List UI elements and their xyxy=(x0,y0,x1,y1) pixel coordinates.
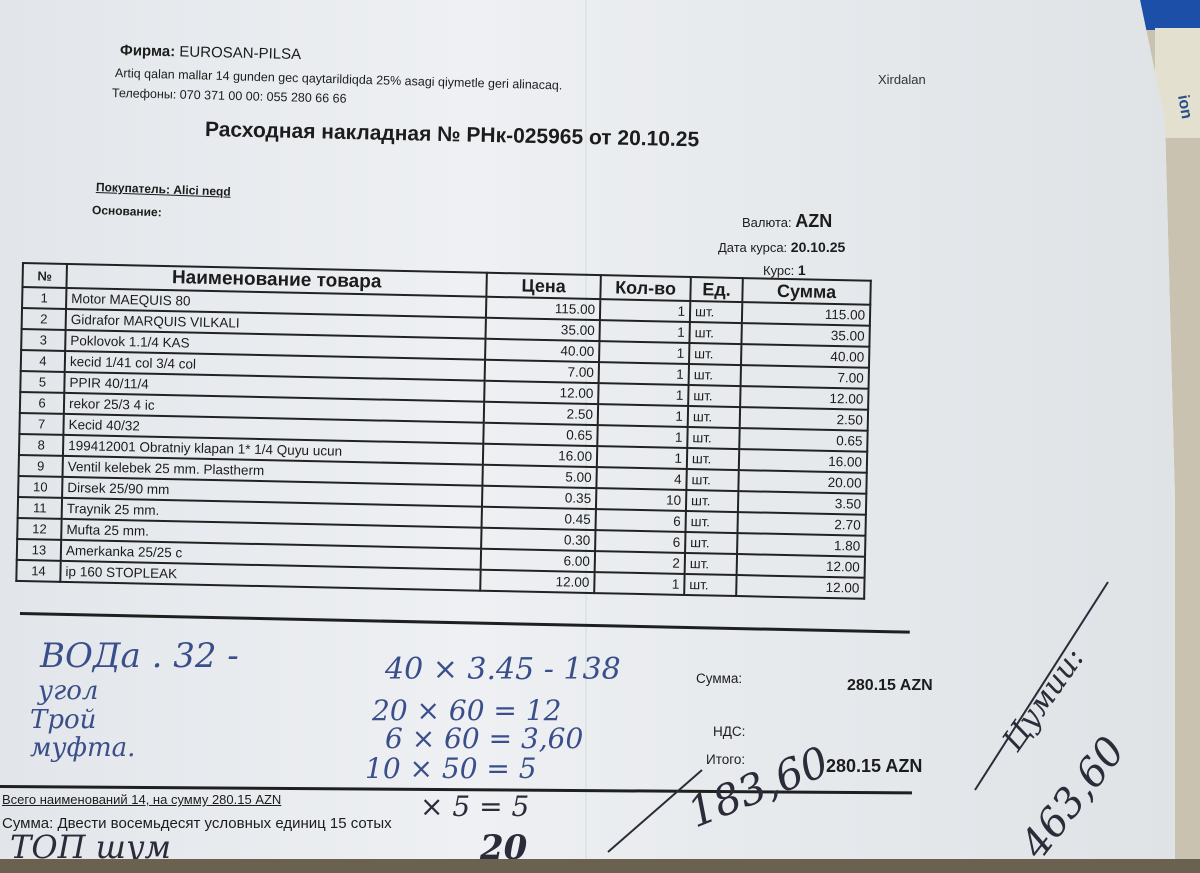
hw-diagonal-line-middle xyxy=(608,770,702,852)
background-blue-object xyxy=(1140,0,1200,30)
hw-strokes xyxy=(0,0,1200,873)
background-surface xyxy=(0,859,1200,873)
background-card-text: ion xyxy=(1173,94,1195,121)
invoice-paper: Фирма: EUROSAN-PILSA Artiq qalan mallar … xyxy=(0,0,1175,860)
hw-diagonal-line-right xyxy=(975,582,1108,790)
